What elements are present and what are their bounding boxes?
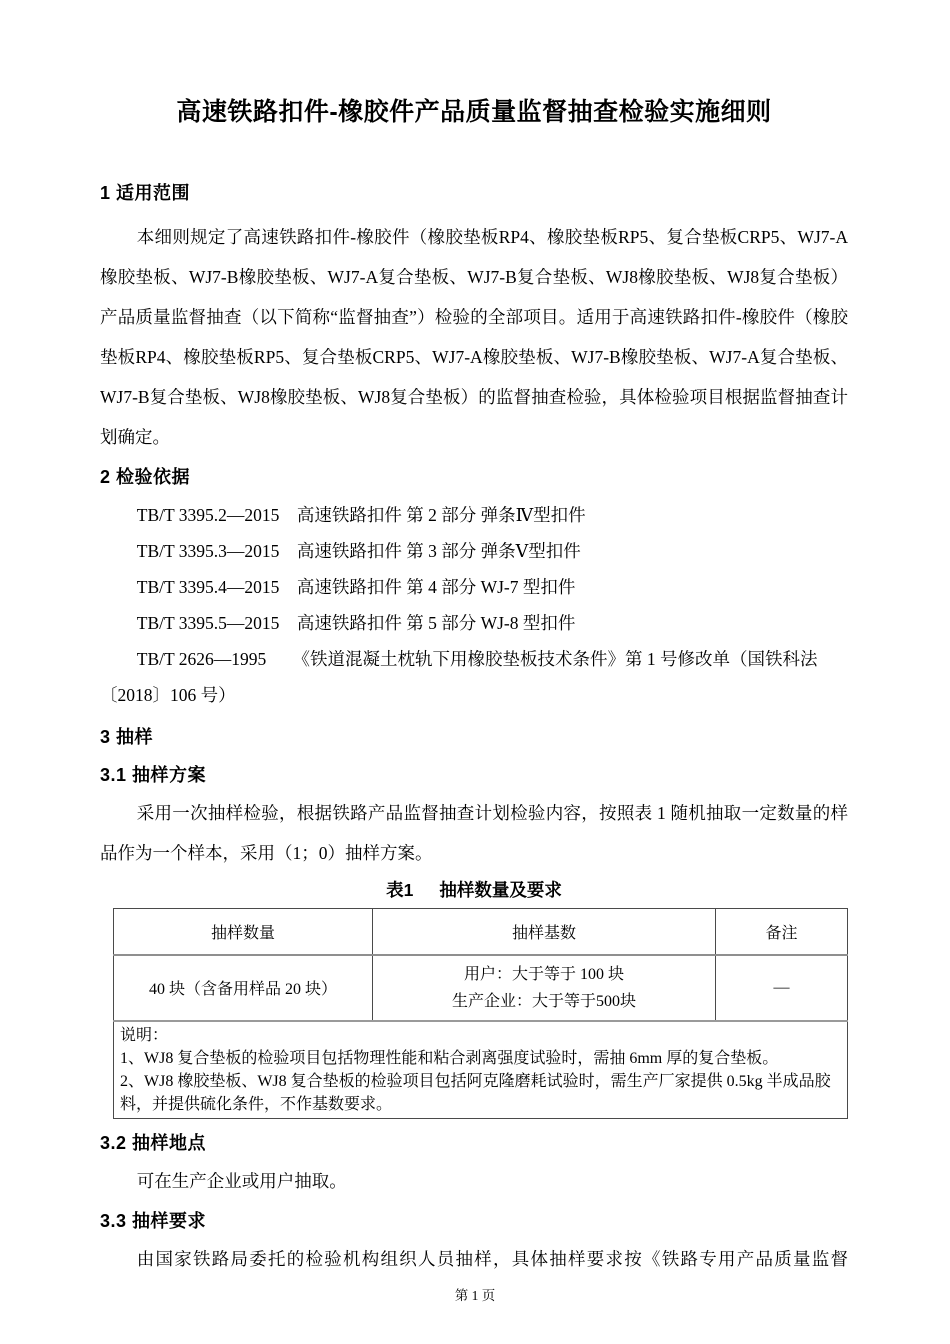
scope-paragraph: 本细则规定了高速铁路扣件-橡胶件（橡胶垫板RP4、橡胶垫板RP5、复合垫板CRP… <box>100 217 848 457</box>
note-item-1: 1、WJ8 复合垫板的检验项目包括物理性能和粘合剥离强度试验时，需抽 6mm 厚… <box>120 1047 841 1070</box>
table-1-caption-title: 抽样数量及要求 <box>439 877 562 903</box>
base-line-user: 用户：大于等于 100 块 <box>379 961 709 988</box>
cell-quantity: 40 块（含备用样品 20 块） <box>114 955 373 1021</box>
heading-sampling-location: 3.2 抽样地点 <box>100 1131 848 1155</box>
header-cell-remark: 备注 <box>716 909 848 955</box>
table-1-caption-label: 表1 <box>386 877 413 903</box>
table-1-caption: 表1 抽样数量及要求 <box>100 877 848 903</box>
table-header-row: 抽样数量 抽样基数 备注 <box>114 909 848 955</box>
note-item-2: 2、WJ8 橡胶垫板、WJ8 复合垫板的检验项目包括阿克隆磨耗试验时，需生产厂家… <box>120 1070 841 1116</box>
reference-item: TB/T 3395.4—2015 高速铁路扣件 第 4 部分 WJ-7 型扣件 <box>100 569 848 605</box>
heading-scope: 1 适用范围 <box>100 181 848 205</box>
page-number: 第 1 页 <box>0 1284 950 1304</box>
sampling-plan-paragraph: 采用一次抽样检验，根据铁路产品监督抽查计划检验内容，按照表 1 随机抽取一定数量… <box>100 793 848 873</box>
table-data-row: 40 块（含备用样品 20 块） 用户：大于等于 100 块 生产企业：大于等于… <box>114 955 848 1021</box>
reference-item: TB/T 3395.2—2015 高速铁路扣件 第 2 部分 弹条Ⅳ型扣件 <box>100 497 848 533</box>
cell-remark: — <box>716 955 848 1021</box>
header-cell-base: 抽样基数 <box>373 909 716 955</box>
heading-sampling: 3 抽样 <box>100 725 848 749</box>
heading-sampling-plan: 3.1 抽样方案 <box>100 763 848 787</box>
reference-item: TB/T 3395.3—2015 高速铁路扣件 第 3 部分 弹条Ⅴ型扣件 <box>100 533 848 569</box>
note-cell: 说明： 1、WJ8 复合垫板的检验项目包括物理性能和粘合剥离强度试验时，需抽 6… <box>114 1021 848 1119</box>
document-page: 高速铁路扣件-橡胶件产品质量监督抽查检验实施细则 1 适用范围 本细则规定了高速… <box>0 0 950 1344</box>
base-line-manufacturer: 生产企业：大于等于500块 <box>379 988 709 1015</box>
table-1-sampling-quantity: 抽样数量 抽样基数 备注 40 块（含备用样品 20 块） 用户：大于等于 10… <box>113 908 848 1119</box>
reference-item: TB/T 3395.5—2015 高速铁路扣件 第 5 部分 WJ-8 型扣件 <box>100 605 848 641</box>
sampling-location-paragraph: 可在生产企业或用户抽取。 <box>100 1161 848 1201</box>
sampling-requirement-paragraph: 由国家铁路局委托的检验机构组织人员抽样，具体抽样要求按《铁路专用产品质量监督 <box>100 1239 848 1279</box>
cell-base: 用户：大于等于 100 块 生产企业：大于等于500块 <box>373 955 716 1021</box>
heading-basis: 2 检验依据 <box>100 465 848 489</box>
heading-sampling-requirement: 3.3 抽样要求 <box>100 1209 848 1233</box>
note-label: 说明： <box>120 1024 841 1047</box>
document-title: 高速铁路扣件-橡胶件产品质量监督抽查检验实施细则 <box>100 97 848 127</box>
header-cell-quantity: 抽样数量 <box>114 909 373 955</box>
table-note-row: 说明： 1、WJ8 复合垫板的检验项目包括物理性能和粘合剥离强度试验时，需抽 6… <box>114 1021 848 1119</box>
reference-item: TB/T 2626—1995 《铁道混凝土枕轨下用橡胶垫板技术条件》第 1 号修… <box>100 641 848 713</box>
